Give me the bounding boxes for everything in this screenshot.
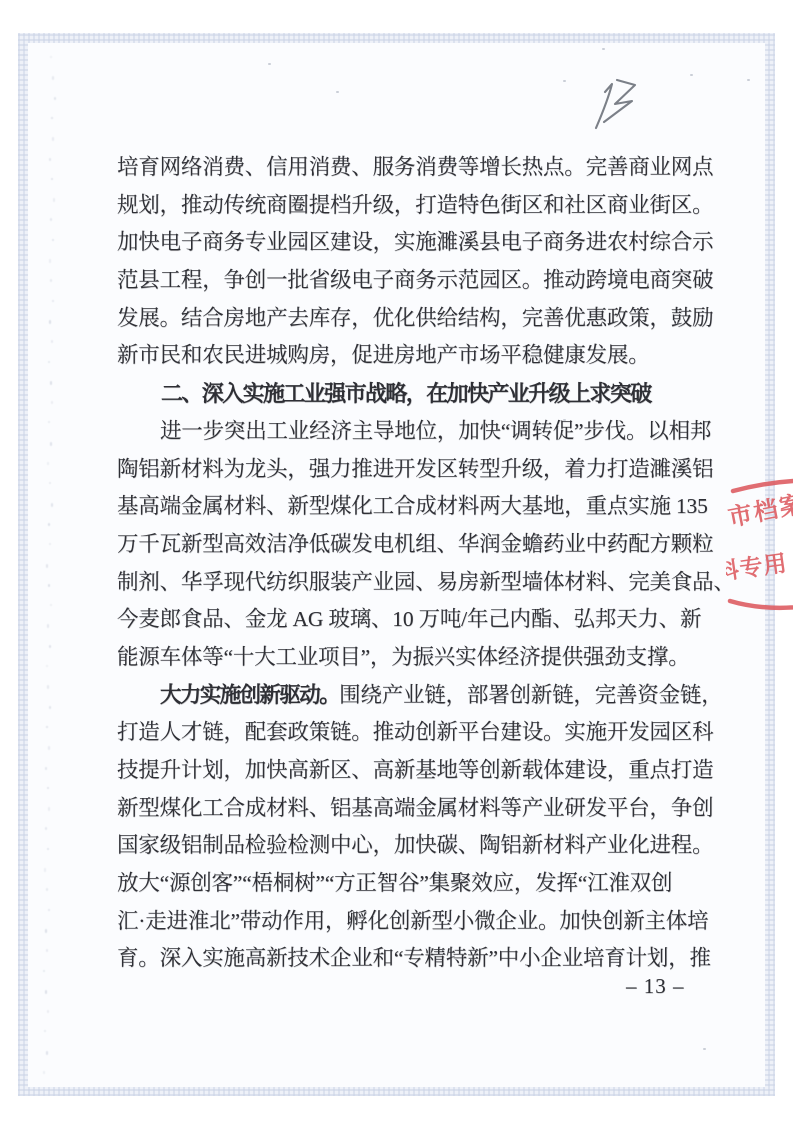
bleedthrough-dot — [50, 442, 52, 446]
bleedthrough-dot — [51, 503, 53, 507]
bleedthrough-dot — [43, 970, 45, 972]
text-line: 能源车体等“十大工业项目”，为振兴实体经济提供强劲支撑。 — [117, 639, 717, 677]
bleedthrough-dot — [48, 909, 50, 911]
scan-speck — [690, 74, 693, 76]
bold-lead-in: 大力实施创新驱动。 — [160, 683, 339, 707]
bleedthrough-dot — [48, 584, 50, 587]
bleedthrough-dot — [49, 706, 51, 709]
bleedthrough-dot — [49, 645, 51, 648]
bleedthrough-dot — [52, 239, 54, 241]
page-number: – 13 – — [626, 974, 716, 999]
scan-speck — [268, 63, 271, 65]
bleedthrough-dot — [45, 767, 47, 770]
bleedthrough-dot — [46, 1051, 48, 1055]
text-line: 培育网络消费、信用消费、服务消费等增长热点。完善商业网点 — [117, 149, 717, 187]
bleedthrough-dot — [46, 564, 48, 568]
text-line: 基高端金属材料、新型煤化工合成材料两大基地，重点实施 135 — [117, 488, 717, 526]
text-line: 汇·走进淮北”带动作用，孵化创新型小微企业。加快创新主体培 — [117, 903, 717, 941]
stamp-text-bottom: 料专用 — [726, 549, 789, 585]
bleedthrough-dot — [48, 746, 50, 750]
bleedthrough-dot — [46, 665, 48, 667]
bleedthrough-dot — [47, 848, 49, 850]
text-line: 新市民和农民进城购房，促进房地产市场平稳健康发展。 — [117, 337, 717, 375]
text-line: 二、深入实施工业强市战略，在加快产业升级上求突破 — [117, 375, 717, 413]
bleedthrough-dot — [52, 76, 54, 80]
scan-speck — [602, 48, 605, 50]
text-line: 国家级铝制品检验检测中心，加快碳、陶铝新材料产业化进程。 — [117, 827, 717, 865]
bleedthrough-dot — [50, 381, 52, 385]
bleedthrough-dot — [50, 56, 52, 58]
handwritten-13-strokes — [584, 70, 650, 138]
bleedthrough-dot — [51, 117, 53, 119]
stamp-text-top: 市档案 — [726, 490, 793, 532]
bleedthrough-dot — [47, 624, 49, 628]
scan-speck — [747, 79, 750, 81]
text-line: 发展。结合房地产去库存，优化供给结构，完善优惠政策，鼓励 — [117, 300, 717, 338]
text-line: 今麦郎食品、金龙 AG 玻璃、10 万吨/年己内酯、弘邦天力、新 — [117, 601, 717, 639]
text-line: 技提升计划，加快高新区、高新基地等创新载体建设，重点打造 — [117, 752, 717, 790]
bleedthrough-dot — [47, 1010, 49, 1013]
bleedthrough-dot — [47, 462, 49, 465]
bleedthrough-dot — [48, 361, 50, 363]
text-line: 范县工程，争创一批省级电子商务示范园区。推动跨境电商突破 — [117, 262, 717, 300]
document-body: 培育网络消费、信用消费、服务消费等增长热点。完善商业网点规划，推动传统商圈提档升… — [117, 149, 717, 978]
text-line: 规划，推动传统商圈提档升级，打造特色街区和社区商业街区。 — [117, 187, 717, 225]
archive-stamp: 市档案 料专用 — [726, 464, 793, 628]
bleedthrough-dot — [51, 178, 53, 180]
bleedthrough-dot — [44, 868, 46, 872]
scan-speck — [703, 1048, 706, 1050]
text-line: 放大“源创客”“梧桐树”“方正智谷”集聚效应，发挥“江淮双创 — [117, 865, 717, 903]
bleedthrough-dot — [43, 1071, 45, 1074]
bleedthrough-dot — [48, 523, 50, 526]
bleedthrough-dot — [49, 320, 51, 324]
bleedthrough-dot — [51, 340, 53, 343]
text-line: 打造人才链，配套政策链。推动创新平台建设。实施开发园区科 — [117, 714, 717, 752]
text-line: 陶铝新材料为龙头，强力推进开发区转型升级，着力打造濉溪铝 — [117, 451, 717, 489]
bleedthrough-dot — [46, 726, 48, 728]
text-line: 万千瓦新型高效洁净低碳发电机组、华润金蟾药业中药配方颗粒 — [117, 526, 717, 564]
bleedthrough-dot — [52, 300, 54, 302]
handwritten-page-number — [584, 70, 650, 138]
bleedthrough-dot — [45, 990, 47, 994]
bleedthrough-dot — [54, 97, 56, 100]
text-line: 大力实施创新驱动。围绕产业链，部署创新链，完善资金链， — [117, 677, 717, 715]
bleedthrough-dot — [49, 259, 51, 263]
bleedthrough-dot — [46, 888, 48, 891]
scan-speck — [563, 80, 566, 82]
bleedthrough-dot — [53, 198, 55, 202]
scan-speck — [336, 91, 339, 93]
text-line: 新型煤化工合成材料、铝基高端金属材料等产业研发平台，争创 — [117, 790, 717, 828]
text-line: 育。深入实施高新技术企业和“专精特新”中小企业培育计划，推 — [117, 940, 717, 978]
bleedthrough-dot — [45, 929, 47, 933]
text-line: 制剂、华孚现代纺织服装产业园、易房新型墙体材料、完美食品、 — [117, 564, 717, 602]
text-line: 加快电子商务专业园区建设，实施濉溪县电子商务进农村综合示 — [117, 224, 717, 262]
text-line: 进一步突出工业经济主导地位，加快“调转促”步伐。以相邦 — [117, 413, 717, 451]
archive-stamp-graphic: 市档案 料专用 — [726, 464, 793, 628]
bleedthrough-dot — [47, 787, 49, 789]
bleedthrough-dot — [49, 158, 51, 161]
